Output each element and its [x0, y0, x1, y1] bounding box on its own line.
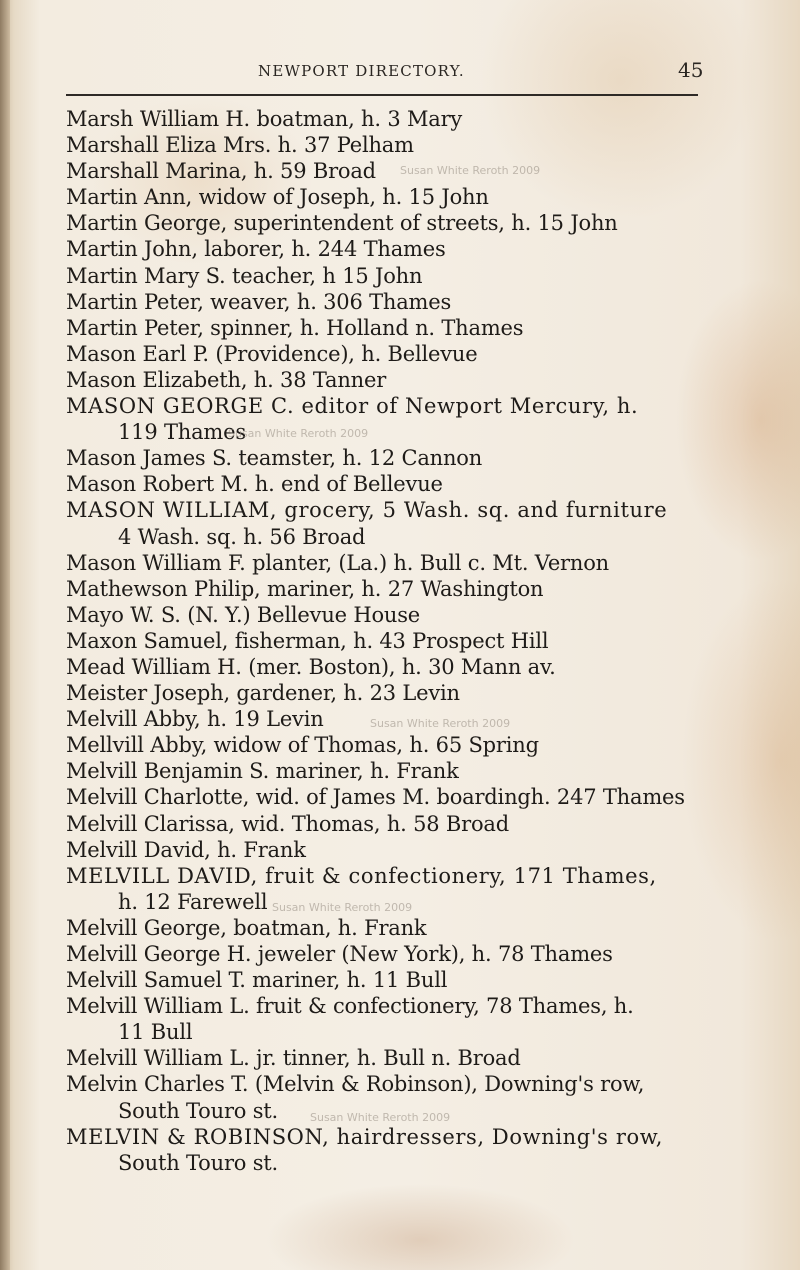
directory-entry: Marshall Eliza Mrs. h. 37 Pelham: [66, 132, 726, 158]
watermark: Susan White Reroth 2009: [228, 427, 368, 440]
directory-entry: Meister Joseph, gardener, h. 23 Levin: [66, 680, 726, 706]
directory-entry: Mason William F. planter, (La.) h. Bull …: [66, 550, 726, 576]
directory-entry: Melvill William L. fruit & confectionery…: [66, 993, 726, 1045]
directory-entry: Martin Peter, weaver, h. 306 Thames: [66, 289, 726, 315]
watermark: Susan White Reroth 2009: [272, 901, 412, 914]
directory-entry: Melvill Samuel T. mariner, h. 11 Bull: [66, 967, 726, 993]
running-head: NEWPORT DIRECTORY.: [258, 62, 465, 80]
directory-entry: Mason Earl P. (Providence), h. Bellevue: [66, 341, 726, 367]
watermark: Susan White Reroth 2009: [370, 717, 510, 730]
page-number: 45: [678, 58, 703, 82]
watermark: Susan White Reroth 2009: [400, 164, 540, 177]
directory-entry: Maxon Samuel, fisherman, h. 43 Prospect …: [66, 628, 726, 654]
header-rule: [66, 94, 698, 96]
directory-entry: Melvill Clarissa, wid. Thomas, h. 58 Bro…: [66, 811, 726, 837]
watermark: Susan White Reroth 2009: [310, 1111, 450, 1124]
book-spine-shadow: [0, 0, 10, 1270]
directory-entry: Melvill William L. jr. tinner, h. Bull n…: [66, 1045, 726, 1071]
directory-entry: Melvill Charlotte, wid. of James M. boar…: [66, 784, 726, 810]
directory-entry: Marshall Marina, h. 59 Broad: [66, 158, 726, 184]
directory-entry: Mason Elizabeth, h. 38 Tanner: [66, 367, 726, 393]
directory-entry: Mathewson Philip, mariner, h. 27 Washing…: [66, 576, 726, 602]
directory-entry: Melvill David, h. Frank: [66, 837, 726, 863]
directory-entry: Melvill Benjamin S. mariner, h. Frank: [66, 758, 726, 784]
directory-entry-business: MELVIN & ROBINSON, hairdressers, Downing…: [66, 1124, 726, 1176]
directory-entry: Mason Robert M. h. end of Bellevue: [66, 471, 726, 497]
directory-entry: Martin John, laborer, h. 244 Thames: [66, 236, 726, 262]
directory-entry: Mason James S. teamster, h. 12 Cannon: [66, 445, 726, 471]
directory-entry-business: MASON GEORGE C. editor of Newport Mercur…: [66, 393, 726, 445]
directory-entry: Martin Peter, spinner, h. Holland n. Tha…: [66, 315, 726, 341]
page-header: NEWPORT DIRECTORY. 45: [60, 58, 710, 84]
directory-entry: Mellvill Abby, widow of Thomas, h. 65 Sp…: [66, 732, 726, 758]
directory-entry: Mead William H. (mer. Boston), h. 30 Man…: [66, 654, 726, 680]
directory-entry: Melvill George H. jeweler (New York), h.…: [66, 941, 726, 967]
directory-entry: Mayo W. S. (N. Y.) Bellevue House: [66, 602, 726, 628]
directory-entries: Marsh William H. boatman, h. 3 Mary Mars…: [66, 106, 726, 1176]
scanned-page: NEWPORT DIRECTORY. 45 Marsh William H. b…: [0, 0, 800, 1270]
directory-entry: Martin Ann, widow of Joseph, h. 15 John: [66, 184, 726, 210]
directory-entry-business: MASON WILLIAM, grocery, 5 Wash. sq. and …: [66, 497, 726, 549]
directory-entry: Martin Mary S. teacher, h 15 John: [66, 263, 726, 289]
directory-entry: Martin George, superintendent of streets…: [66, 210, 726, 236]
directory-entry: Marsh William H. boatman, h. 3 Mary: [66, 106, 726, 132]
directory-entry: Melvill George, boatman, h. Frank: [66, 915, 726, 941]
